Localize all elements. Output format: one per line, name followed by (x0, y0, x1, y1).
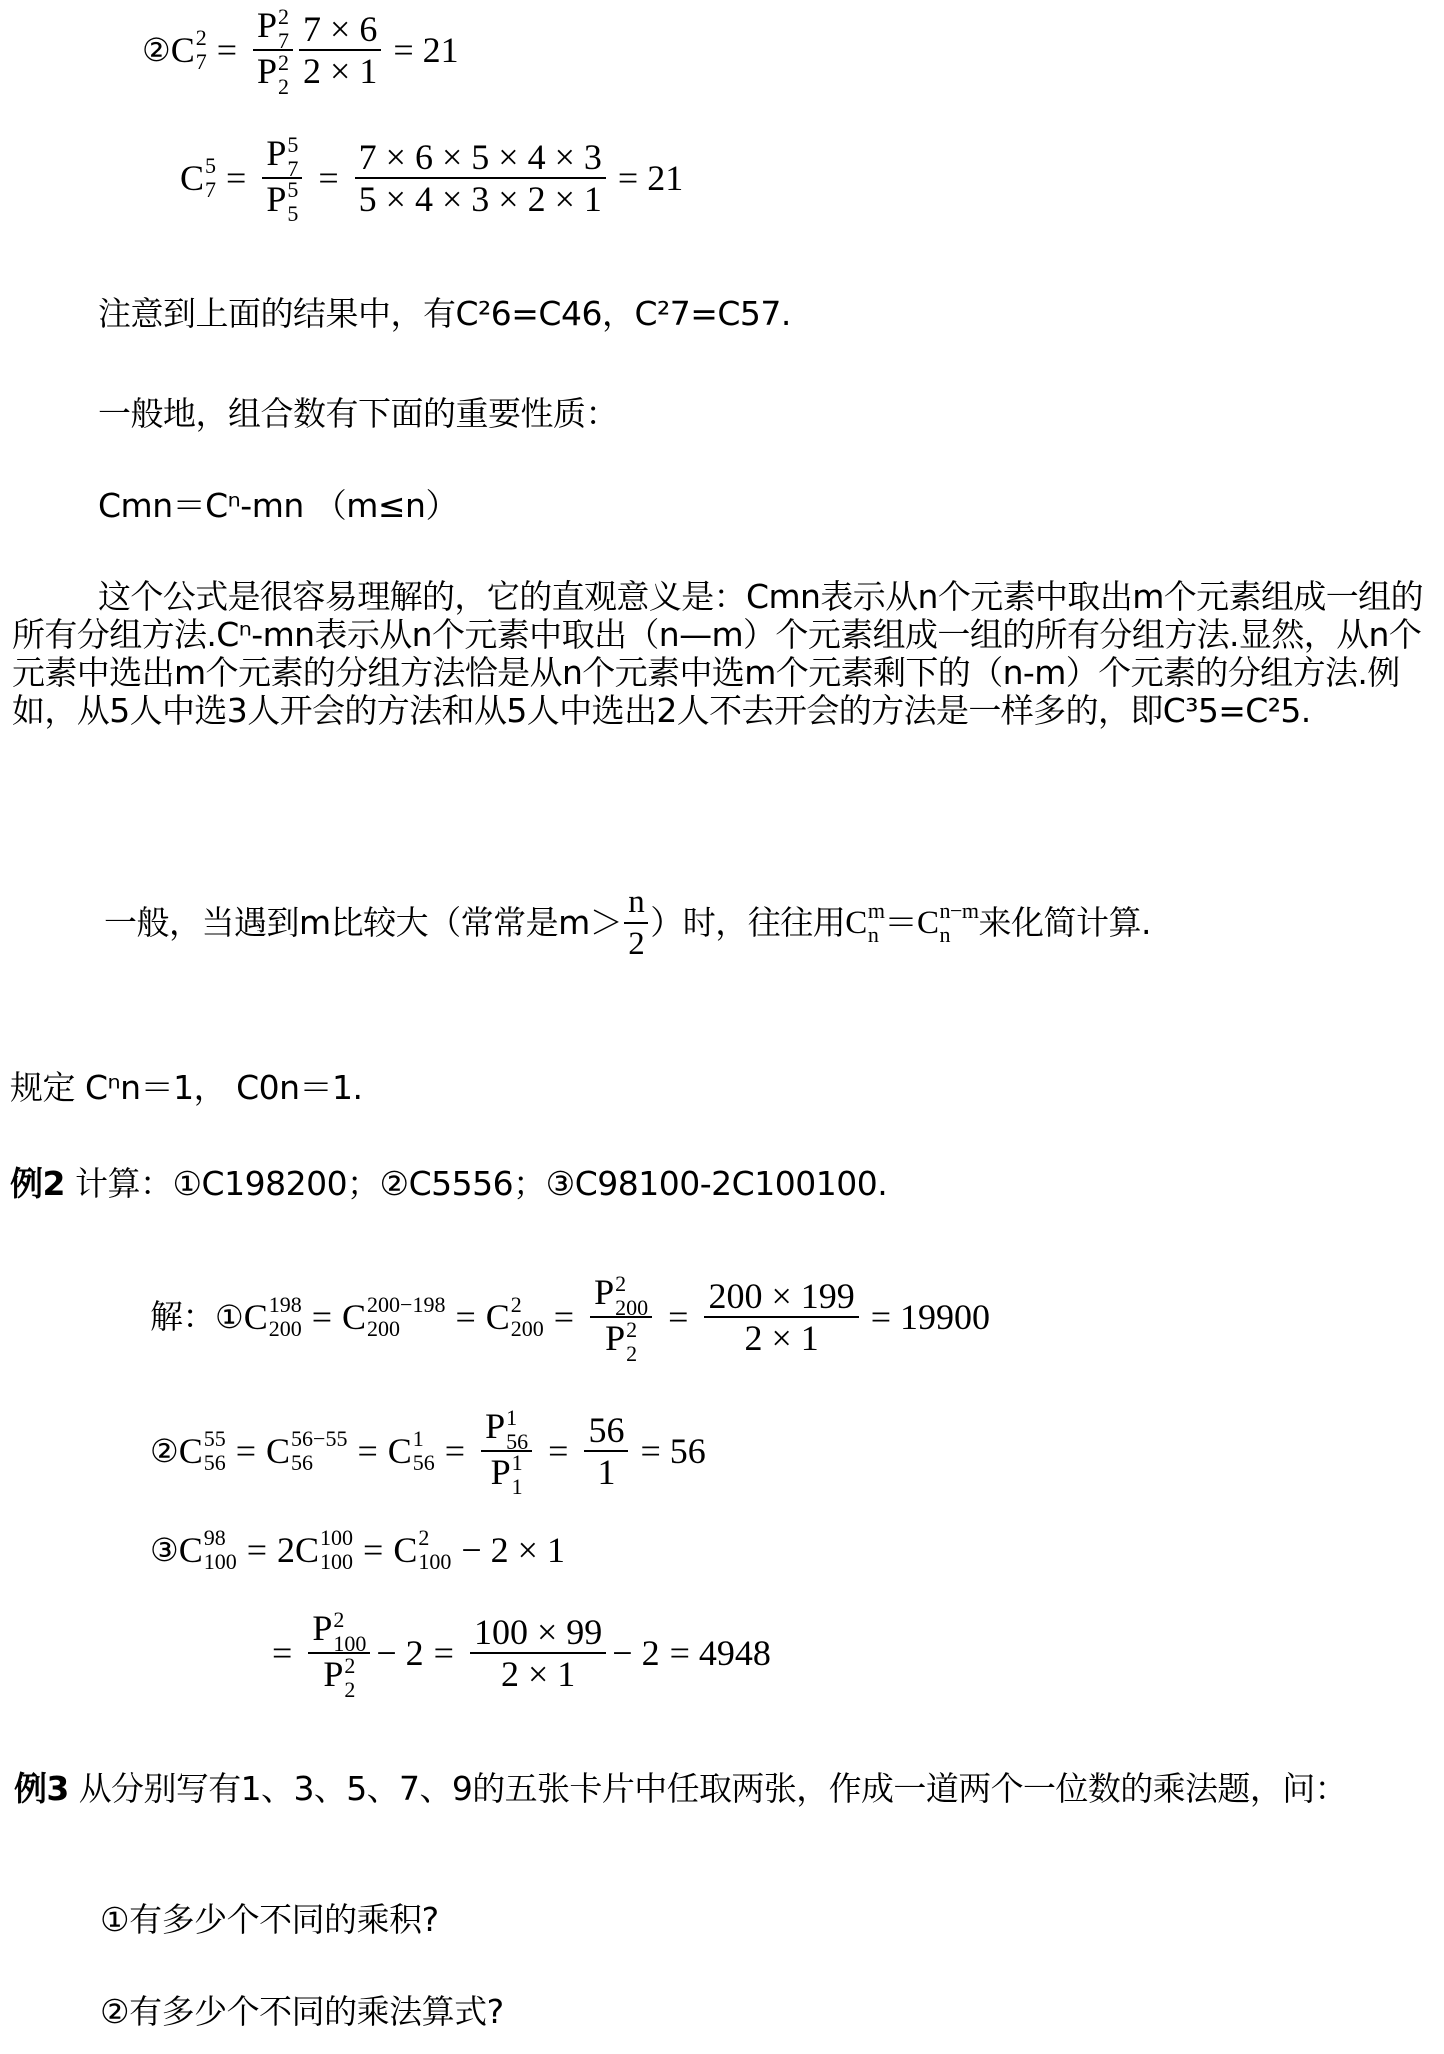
convention-line: 规定 Cⁿn＝1， C0n＝1. (10, 1066, 363, 1110)
c-n-m: Cmn (845, 901, 884, 945)
property-intro: 一般地，组合数有下面的重要性质： (98, 392, 618, 436)
c-7-5: C57 (180, 157, 216, 199)
fraction-n-over-2: n 2 (624, 882, 648, 964)
formula-c72: ② C27 = P27 P22 7 × 6 2 × 1 = 21 (142, 0, 459, 100)
example3-paragraph: 例3 从分别写有1、3、5、7、9的五张卡片中任取两张，作成一道两个一位数的乘法… (14, 1770, 1434, 1808)
example2-heading: 例2 计算：①C198200；②C5556；③C98100-2C100100. (10, 1162, 887, 1206)
example3-label: 例3 (14, 1769, 69, 1808)
c-7-2: C27 (171, 29, 207, 71)
fraction-p72-p22: P27 P22 (253, 5, 293, 94)
fraction-p75-p55: P57 P55 (262, 133, 302, 222)
fraction-product: 7 × 6 × 5 × 4 × 3 5 × 4 × 3 × 2 × 1 (355, 137, 606, 219)
solution-part1: 解： ① C198200 = C200−198200 = C2200 = P22… (150, 1262, 990, 1372)
solution-part2: ② C5556 = C56−5556 = C156 = P156 P11 = 5… (150, 1398, 706, 1503)
formula-c75: C57 = P57 P55 = 7 × 6 × 5 × 4 × 3 5 × 4 … (180, 125, 683, 230)
circled-2-marker: ② (142, 31, 171, 69)
result-21: = 21 (393, 29, 458, 71)
solution-part3-line1: ③ C98100 = 2 C100100 = C2100 − 2 × 1 (150, 1520, 565, 1580)
example3-question-2: ②有多少个不同的乘法算式? (100, 1990, 504, 2034)
example2-label: 例2 (10, 1164, 65, 1203)
solution-part3-line2: = P2100 P22 − 2 = 100 × 99 2 × 1 − 2 = 4… (262, 1598, 771, 1708)
c-n-n-minus-m: Cn−mn (917, 901, 979, 945)
example3-question-1: ①有多少个不同的乘积? (100, 1898, 439, 1942)
explanation-paragraph: 这个公式是很容易理解的，它的直观意义是：Cmn表示从n个元素中取出m个元素组成一… (12, 578, 1442, 730)
result-21: = 21 (618, 157, 683, 199)
note-paragraph: 注意到上面的结果中，有C²6=C46，C²7=C57. (98, 292, 791, 336)
fraction-7x6-2x1: 7 × 6 2 × 1 (299, 9, 381, 91)
simplify-rule: 一般，当遇到m比较大（常常是m＞ n 2 ）时，往往用 Cmn ＝ Cn−mn … (104, 868, 1151, 978)
property-formula: Cmn＝Cⁿ-mn （m≤n） (98, 484, 458, 528)
